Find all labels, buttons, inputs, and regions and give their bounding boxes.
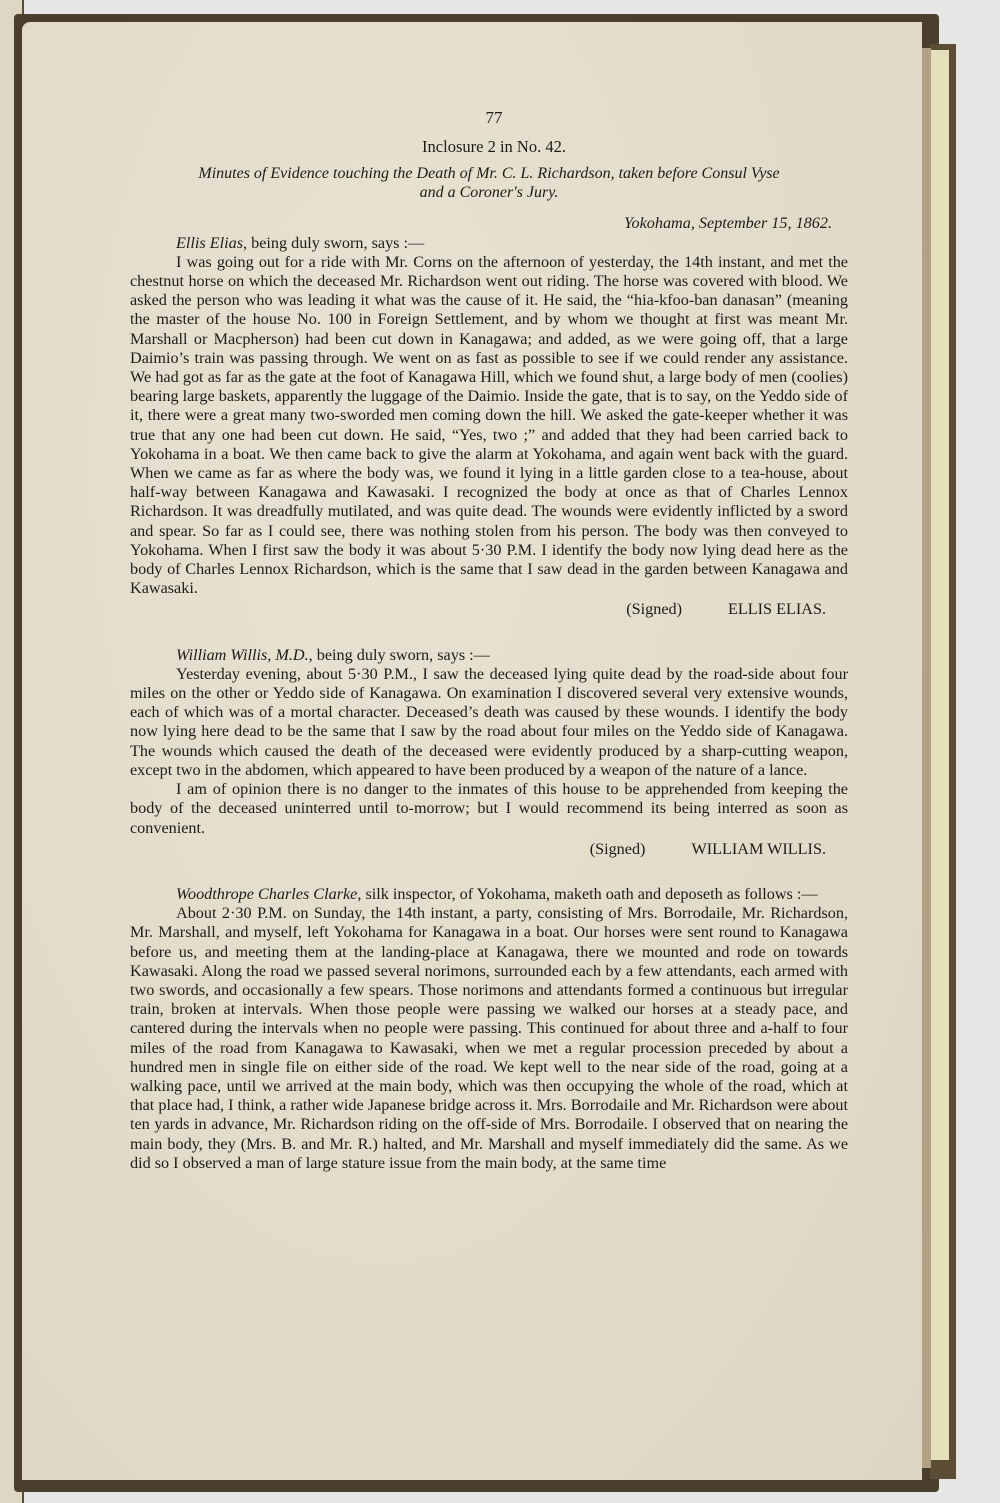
witness-intro: Woodthrope Charles Clarke, silk inspecto… [130,885,848,904]
signature-name: WILLIAM WILLIS. [691,840,826,859]
signature-line: (Signed) WILLIAM WILLIS. [130,840,848,859]
page-number: 77 [130,108,848,127]
dateline: Yokohama, September 15, 1862. [130,214,848,233]
signed-label: (Signed) [590,840,646,859]
witness-intro: Ellis Elias, being duly sworn, says :— [130,234,848,253]
testimony-paragraph: Yesterday evening, about 5·30 P.M., I sa… [130,665,848,780]
signature-line: (Signed) ELLIS ELIAS. [130,600,848,619]
section-spacer [130,620,848,646]
endpaper-leaf [929,50,949,1460]
witness-intro-text: , being duly sworn, says :— [309,646,490,664]
inclosure-heading: Inclosure 2 in No. 42. [130,137,848,156]
testimony-william-willis: William Willis, M.D., being duly sworn, … [130,646,848,859]
book-page: 77 Inclosure 2 in No. 42. Minutes of Evi… [22,22,922,1480]
testimony-paragraph: I was going out for a ride with Mr. Corn… [130,253,848,599]
signature-name: ELLIS ELIAS. [728,600,826,619]
testimony-paragraph: I am of opinion there is no danger to th… [130,780,848,838]
section-spacer [130,859,848,885]
title-line-2: and a Coroner's Jury. [130,183,848,202]
title-line-1: Minutes of Evidence touching the Death o… [130,164,848,183]
witness-intro-text: , silk inspector, of Yokohama, maketh oa… [357,885,817,903]
document-title: Minutes of Evidence touching the Death o… [130,164,848,202]
page-text-block: 77 Inclosure 2 in No. 42. Minutes of Evi… [130,108,848,1173]
witness-name: William Willis, M.D. [176,646,309,664]
testimony-paragraph: About 2·30 P.M. on Sunday, the 14th inst… [130,904,848,1173]
witness-name: Woodthrope Charles Clarke [176,885,357,903]
witness-name: Ellis Elias [176,234,243,252]
signed-label: (Signed) [626,600,682,619]
testimony-ellis-elias: Ellis Elias, being duly sworn, says :— I… [130,234,848,620]
testimony-woodthrope-clarke: Woodthrope Charles Clarke, silk inspecto… [130,885,848,1173]
witness-intro: William Willis, M.D., being duly sworn, … [130,646,848,665]
witness-intro-text: , being duly sworn, says :— [243,234,424,252]
